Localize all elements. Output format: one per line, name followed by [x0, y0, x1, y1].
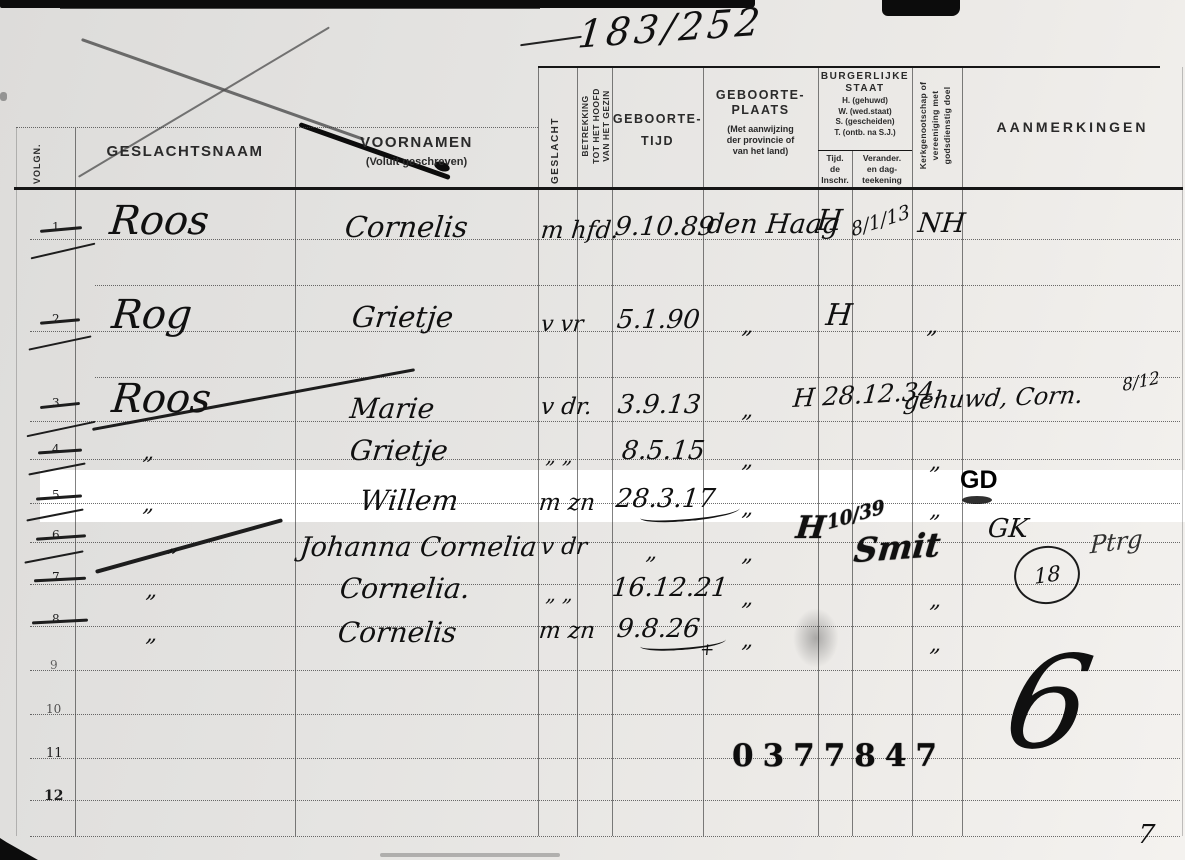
row6-circled-number: 18: [1010, 542, 1083, 609]
row-number-11: 11: [46, 746, 63, 761]
row7-firstnames: Cornelia.: [338, 572, 471, 605]
scan-corner-bottom-left: [0, 838, 38, 860]
pencil-x-stroke-2: [81, 38, 365, 141]
row-rule: [30, 836, 1180, 838]
row-number-8: 8: [52, 612, 60, 626]
row5-firstnames: Willem: [358, 484, 460, 517]
row6-spouse-name: Smit: [852, 525, 942, 570]
row-rule: [95, 285, 1180, 287]
pencil-x-stroke-2-heavy: [298, 122, 450, 180]
pen-stroke-top-dash: [520, 36, 582, 47]
row2-surname: Rog: [110, 292, 195, 338]
serial-number-stamp: 0377847: [732, 738, 946, 774]
col-header-burgerlijke-staat: BURGERLIJKE STAAT: [818, 71, 912, 94]
row1-birth-date: 9.10.89: [613, 212, 715, 242]
col-header-geboortetijd: GEBOORTE- TIJD: [612, 108, 703, 152]
strike-row-8: [32, 619, 88, 625]
row4-sex-relation-dittos: „ „: [545, 444, 575, 468]
col-header-voornamen-sub: (Voluit geschreven): [295, 156, 538, 168]
row6-sex-relation: v dr: [540, 534, 589, 560]
grid-vline: [912, 67, 913, 836]
row1-surname: Roos: [108, 198, 212, 244]
col-header-betrekking: BETREKKING TOT HET HOOFD VAN HET GEZIN: [580, 68, 612, 184]
grid-vline: [962, 67, 963, 836]
row7-church-ditto: „: [929, 588, 943, 613]
col-header-geboorteplaats: GEBOORTE- PLAATS: [703, 88, 818, 118]
row6-church: GK: [986, 514, 1029, 544]
row-number-10: 10: [46, 702, 61, 716]
grid-vline: [538, 67, 539, 836]
strike-row-6: [36, 534, 86, 540]
big-page-number: 6: [997, 640, 1101, 768]
row8-date-mark: +: [699, 640, 715, 660]
scan-edge-top-thin: [60, 7, 540, 9]
strike-row-1b: [31, 243, 96, 260]
row2-birth-place-ditto: „: [741, 314, 755, 339]
row2-civil-status: H: [824, 298, 854, 333]
col-header-burgstaat-legend: H. (gehuwd) W. (wed.staat) S. (gescheide…: [818, 96, 912, 138]
row-rule: [30, 459, 1180, 461]
row-rule: [95, 377, 1180, 379]
row3-birth-date: 3.9.13: [616, 390, 702, 420]
row-number-2: 2: [52, 312, 60, 326]
header-top-line: [538, 66, 1160, 68]
pen-stroke-row-6-surname: [95, 518, 283, 573]
corner-number: 7: [1136, 820, 1156, 850]
row-rule: [30, 626, 1180, 628]
row7-birth-place-ditto: „: [741, 586, 755, 611]
scan-blob-top-right: [882, 0, 960, 16]
row1-church: NH: [916, 208, 966, 239]
row-number-7: 7: [52, 570, 60, 584]
col-header-geslachtsnaam: GESLACHTSNAAM: [75, 143, 295, 160]
row3-firstnames: Marie: [348, 392, 436, 425]
row8-sex-relation: m zn: [538, 618, 597, 644]
row-number-3: 3: [52, 396, 60, 410]
row5-stamp-smudge: [962, 496, 992, 504]
strike-row-2b: [28, 335, 91, 350]
row3-surname: Roos: [110, 376, 214, 422]
col-header-aanmerkingen: AANMERKINGEN: [962, 119, 1183, 135]
row2-sex-relation: v vr: [540, 312, 585, 337]
scanned-register-card: 183/252 VOLGN. GESLACHTSNAAM VOORNAMEN (…: [0, 0, 1185, 860]
row-number-4: 4: [52, 442, 60, 456]
fingerprint-smudge: [793, 608, 839, 668]
row-rule: [30, 670, 1180, 672]
row1-registration-date: 8/1/13: [850, 201, 912, 242]
row-rule: [30, 503, 1180, 505]
row3-birth-place-ditto: „: [741, 398, 755, 423]
strike-row-7: [34, 577, 86, 583]
row6-firstnames: Johanna Cornelia: [298, 532, 538, 563]
row-number-1: 1: [52, 220, 60, 234]
row6-birth-date-ditto: „: [645, 540, 659, 565]
header-bottom-line: [14, 187, 1183, 190]
row5-sex-relation: m zn: [538, 490, 597, 516]
col-header-kerkgenootschap: Kerkgenootschap of vereeniging met godsd…: [917, 67, 953, 184]
row3-sex-relation: v dr.: [540, 394, 594, 420]
row3-remark: gehuwd, Corn.: [902, 381, 1085, 415]
row-number-9: 9: [50, 658, 58, 672]
col-header-volgn: VOLGN.: [32, 128, 42, 184]
row-number-6: 6: [52, 528, 60, 542]
grid-vline: [612, 67, 613, 836]
row2-firstnames: Grietje: [350, 300, 455, 334]
row8-church-ditto: „: [929, 632, 943, 657]
grid-vline: [852, 150, 853, 836]
row2-birth-date: 5.1.90: [615, 305, 701, 335]
row4-firstnames: Grietje: [348, 434, 449, 467]
col-header-geslacht: GESLACHT: [550, 72, 561, 184]
row6-remark: Ptrg: [1089, 525, 1143, 560]
row7-surname-ditto: „: [145, 578, 159, 603]
scan-smudge-bottom: [380, 853, 560, 857]
col-header-verandering: Verander. en dag- teekening: [852, 153, 912, 186]
row6-birth-place-ditto: „: [741, 542, 755, 567]
row6-surname-ditto: „: [167, 532, 181, 557]
row6-circled-number-value: 18: [1033, 561, 1060, 589]
strike-row-3b: [27, 421, 96, 438]
row2-church-ditto: „: [926, 314, 940, 339]
row8-firstnames: Cornelis: [336, 616, 458, 649]
top-page-number: 183/252: [576, 0, 766, 57]
grid-vline: [16, 128, 17, 836]
row4-surname-ditto: „: [142, 440, 156, 465]
row3-remark-fraction: 8/12: [1122, 368, 1161, 396]
row1-firstnames: Cornelis: [343, 210, 469, 244]
row6-civil-status: H: [794, 510, 827, 546]
row8-surname-ditto: „: [145, 622, 159, 647]
row8-birth-place-ditto: „: [741, 628, 755, 653]
row1-sex-relation: m hfd.: [540, 216, 621, 244]
row4-birth-date: 8.5.15: [620, 436, 706, 466]
grid-vline: [75, 128, 76, 836]
col-header-geboorteplaats-sub: (Met aanwijzing der provincie of van het…: [703, 124, 818, 157]
header-name-top-line: [16, 127, 538, 129]
row-rule: [30, 584, 1180, 586]
burgstaat-split-line: [818, 150, 912, 151]
row-rule: [30, 331, 1180, 333]
scan-mark-left-edge: [0, 92, 7, 101]
row7-birth-date: 16.12.21: [610, 573, 729, 603]
row7-sex-relation-dittos: „ „: [545, 582, 575, 606]
col-header-tijd-inschr: Tijd. de Inschr.: [818, 153, 852, 186]
grid-vline: [1182, 67, 1183, 836]
row-number-12: 12: [44, 788, 63, 804]
col-header-voornamen: VOORNAMEN: [295, 134, 538, 151]
grid-vline: [577, 67, 578, 836]
row1-civil-status: H: [815, 203, 844, 237]
row-rule: [30, 800, 1180, 802]
row5-gd-stamp: GD: [960, 466, 998, 495]
grid-vline: [295, 128, 296, 836]
